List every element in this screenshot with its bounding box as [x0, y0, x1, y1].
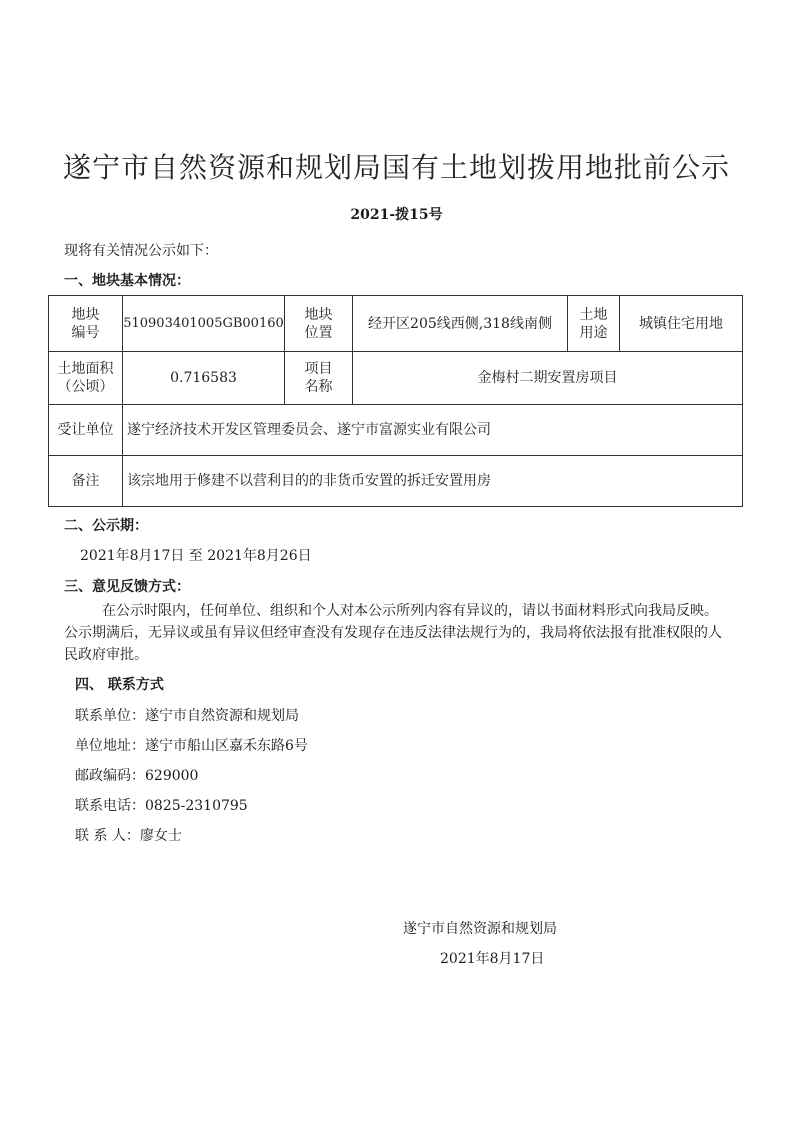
document-number: 2021-拨15号: [0, 204, 793, 224]
contact-address: 单位地址：遂宁市船山区嘉禾东路6号: [75, 735, 308, 755]
grantee-value: 遂宁经济技术开发区管理委员会、遂宁市富源实业有限公司: [123, 405, 743, 456]
grantee-label: 受让单位: [49, 405, 123, 456]
table-row: 备注 该宗地用于修建不以营利目的的非货币安置的拆迁安置用房: [49, 456, 743, 507]
location-label: 地块位置: [285, 296, 353, 352]
table-row: 土地面积（公顷） 0.716583 项目名称 金梅村二期安置房项目: [49, 352, 743, 405]
parcel-no-label: 地块编号: [49, 296, 123, 352]
area-label: 土地面积（公顷）: [49, 352, 123, 405]
intro-text: 现将有关情况公示如下：: [64, 240, 218, 260]
section3-heading: 三、意见反馈方式：: [64, 576, 190, 596]
feedback-paragraph: 在公示时限内，任何单位、组织和个人对本公示所列内容有异议的，请以书面材料形式向我…: [64, 600, 724, 666]
section2-heading: 二、公示期：: [64, 515, 148, 535]
publicity-period: 2021年8月17日 至 2021年8月26日: [80, 545, 312, 565]
project-label: 项目名称: [285, 352, 353, 405]
section4-heading: 四、 联系方式: [75, 674, 164, 694]
table-row: 受让单位 遂宁经济技术开发区管理委员会、遂宁市富源实业有限公司: [49, 405, 743, 456]
area-value: 0.716583: [123, 352, 285, 405]
contact-phone: 联系电话：0825-2310795: [75, 795, 248, 815]
document-title: 遂宁市自然资源和规划局国有土地划拨用地批前公示: [0, 146, 793, 186]
contact-postcode: 邮政编码：629000: [75, 765, 198, 785]
section1-heading: 一、地块基本情况：: [64, 270, 190, 290]
parcel-info-table: 地块编号 510903401005GB00160 地块位置 经开区205线西侧,…: [48, 295, 743, 507]
parcel-no-value: 510903401005GB00160: [123, 296, 285, 352]
signature-org: 遂宁市自然资源和规划局: [403, 918, 557, 938]
remark-value: 该宗地用于修建不以营利目的的非货币安置的拆迁安置用房: [123, 456, 743, 507]
land-use-label: 土地用途: [568, 296, 620, 352]
contact-person: 联 系 人：廖女士: [75, 825, 182, 845]
location-value: 经开区205线西侧,318线南侧: [353, 296, 568, 352]
table-row: 地块编号 510903401005GB00160 地块位置 经开区205线西侧,…: [49, 296, 743, 352]
project-value: 金梅村二期安置房项目: [353, 352, 743, 405]
signature-date: 2021年8月17日: [440, 948, 544, 968]
land-use-value: 城镇住宅用地: [620, 296, 743, 352]
remark-label: 备注: [49, 456, 123, 507]
contact-unit: 联系单位：遂宁市自然资源和规划局: [75, 705, 299, 725]
